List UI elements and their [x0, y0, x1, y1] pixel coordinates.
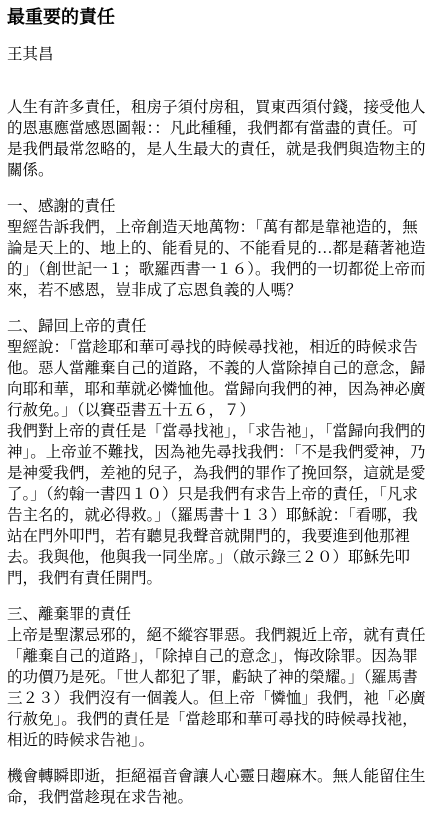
section-return-to-god: 二、歸回上帝的責任 聖經說：「當趁耶和華可尋找的時候尋找祂，相近的時候求告他。惡… — [7, 316, 427, 589]
document-page: 最重要的責任 王其昌 人生有許多責任，租房子須付房租，買東西須付錢，接受他人的恩… — [0, 0, 435, 814]
section-heading: 三、離棄罪的責任 — [7, 604, 427, 625]
section-paragraph: 聖經說：「當趁耶和華可尋找的時候尋找祂，相近的時候求告他。惡人當離棄自己的道路，… — [7, 337, 427, 421]
closing-paragraph: 機會轉瞬即逝，拒絕福音會讓人心靈日趨麻木。無人能留住生命，我們當趁現在求告祂。 — [7, 766, 427, 808]
section-heading: 一、感謝的責任 — [7, 196, 427, 217]
section-paragraph: 聖經告訴我們，上帝創造天地萬物：「萬有都是靠祂造的，無論是天上的、地上的、能看見… — [7, 217, 427, 301]
section-paragraph: 上帝是聖潔忌邪的，絕不縱容罪惡。我們親近上帝，就有責任「離棄自己的道路」，「除掉… — [7, 625, 427, 751]
section-thanksgiving: 一、感謝的責任 聖經告訴我們，上帝創造天地萬物：「萬有都是靠祂造的，無論是天上的… — [7, 196, 427, 301]
author-name: 王其昌 — [7, 44, 427, 65]
section-heading: 二、歸回上帝的責任 — [7, 316, 427, 337]
intro-paragraph: 人生有許多責任，租房子須付房租，買東西須付錢，接受他人的恩惠應當感恩圖報：：凡此… — [7, 97, 427, 181]
page-title: 最重要的責任 — [7, 7, 427, 28]
section-forsake-sin: 三、離棄罪的責任 上帝是聖潔忌邪的，絕不縱容罪惡。我們親近上帝，就有責任「離棄自… — [7, 604, 427, 751]
section-paragraph: 我們對上帝的責任是「當尋找祂」，「求告祂」，「當歸向我們的神」。上帝並不難找，因… — [7, 421, 427, 589]
